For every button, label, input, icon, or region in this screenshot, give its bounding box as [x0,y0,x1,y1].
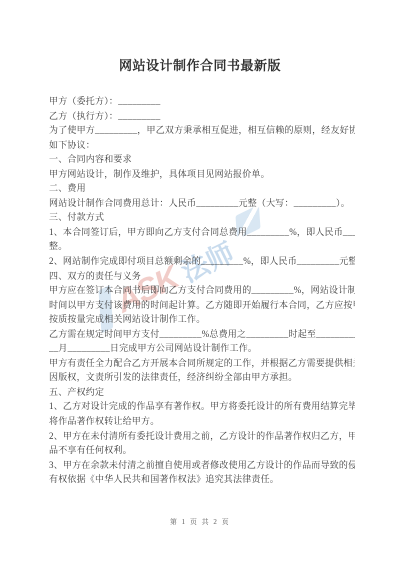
page-number: 第 1 页 共 2 页 [0,517,400,527]
contract-line: 为了使甲方_________，甲乙双方秉承相互促进，相互信赖的原则，经友好协商，… [49,123,355,138]
contract-line: 整。 [49,239,355,254]
contract-line: 2、甲方在未付清所有委托设计费用之前，乙方设计的作品著作权归乙方，甲方对该作 [49,429,355,444]
contract-line: 1、乙方对设计完成的作品享有著作权。甲方将委托设计的所有费用结算完毕后，乙方 [49,399,355,414]
section-heading-2: 二、费用 [49,181,355,196]
contract-line: __月_________日完成甲方公司网站设计制作工作。 [49,341,355,356]
contract-line: 甲方应在签订本合同书后即向乙方支付合同费用的_________%，网站设计制作的… [49,283,355,298]
contract-line: 3、甲方在余款未付清之前擅自使用或者修改使用乙方设计的作品而导致的侵权，乙方 [49,458,355,473]
section-heading-1: 一、合同内容和要求 [49,152,355,167]
contract-line: 网站设计制作合同费用总计：人民币_________元整（大写：_________… [49,196,355,211]
contract-line: 时间以甲方支付该费用的时间起计算。乙方随即开始履行本合同，乙方应按甲方要求 [49,298,355,313]
contract-line: 按质按量完成相关网站设计制作工作。 [49,312,355,327]
section-heading-4: 四、双方的责任与义务 [49,269,355,284]
section-heading-5: 五、产权约定 [49,385,355,400]
contract-page: ASK 法师 网站设计制作合同书最新版 甲方（委托方）：_________ 乙方… [0,0,400,565]
contract-line: 品不享有任何权利。 [49,443,355,458]
contract-line: 2、网站制作完成即付项目总额剩余的_________%，即人民币________… [49,254,355,269]
contract-line: 有权依据《中华人民共和国著作权法》追究其法律责任。 [49,472,355,487]
section-heading-3: 三、付款方式 [49,210,355,225]
contract-line: 甲方（委托方）：_________ [49,94,355,109]
contract-line: 如下协议： [49,138,355,153]
contract-line: 甲方网站设计，制作及维护，具体项目见网站报价单。 [49,167,355,182]
document-title: 网站设计制作合同书最新版 [0,55,400,74]
contract-line: 将作品著作权转让给甲方。 [49,414,355,429]
contract-line: 乙方需在规定时间甲方支付_________%总费用之_________时起至__… [49,327,355,342]
contract-line: 甲方有责任全力配合乙方开展本合同所规定的工作，并根据乙方需要提供相关资料。 [49,356,355,371]
contract-line: 1、本合同签订后，甲方即向乙方支付合同总费用_________%，即人民币___… [49,225,355,240]
contract-line: 因版权，文责所引发的法律责任，经济纠纷全部由甲方承担。 [49,370,355,385]
document-body: 甲方（委托方）：_________ 乙方（执行方）：_________ 为了使甲… [49,94,355,487]
contract-line: 乙方（执行方）：_________ [49,109,355,124]
